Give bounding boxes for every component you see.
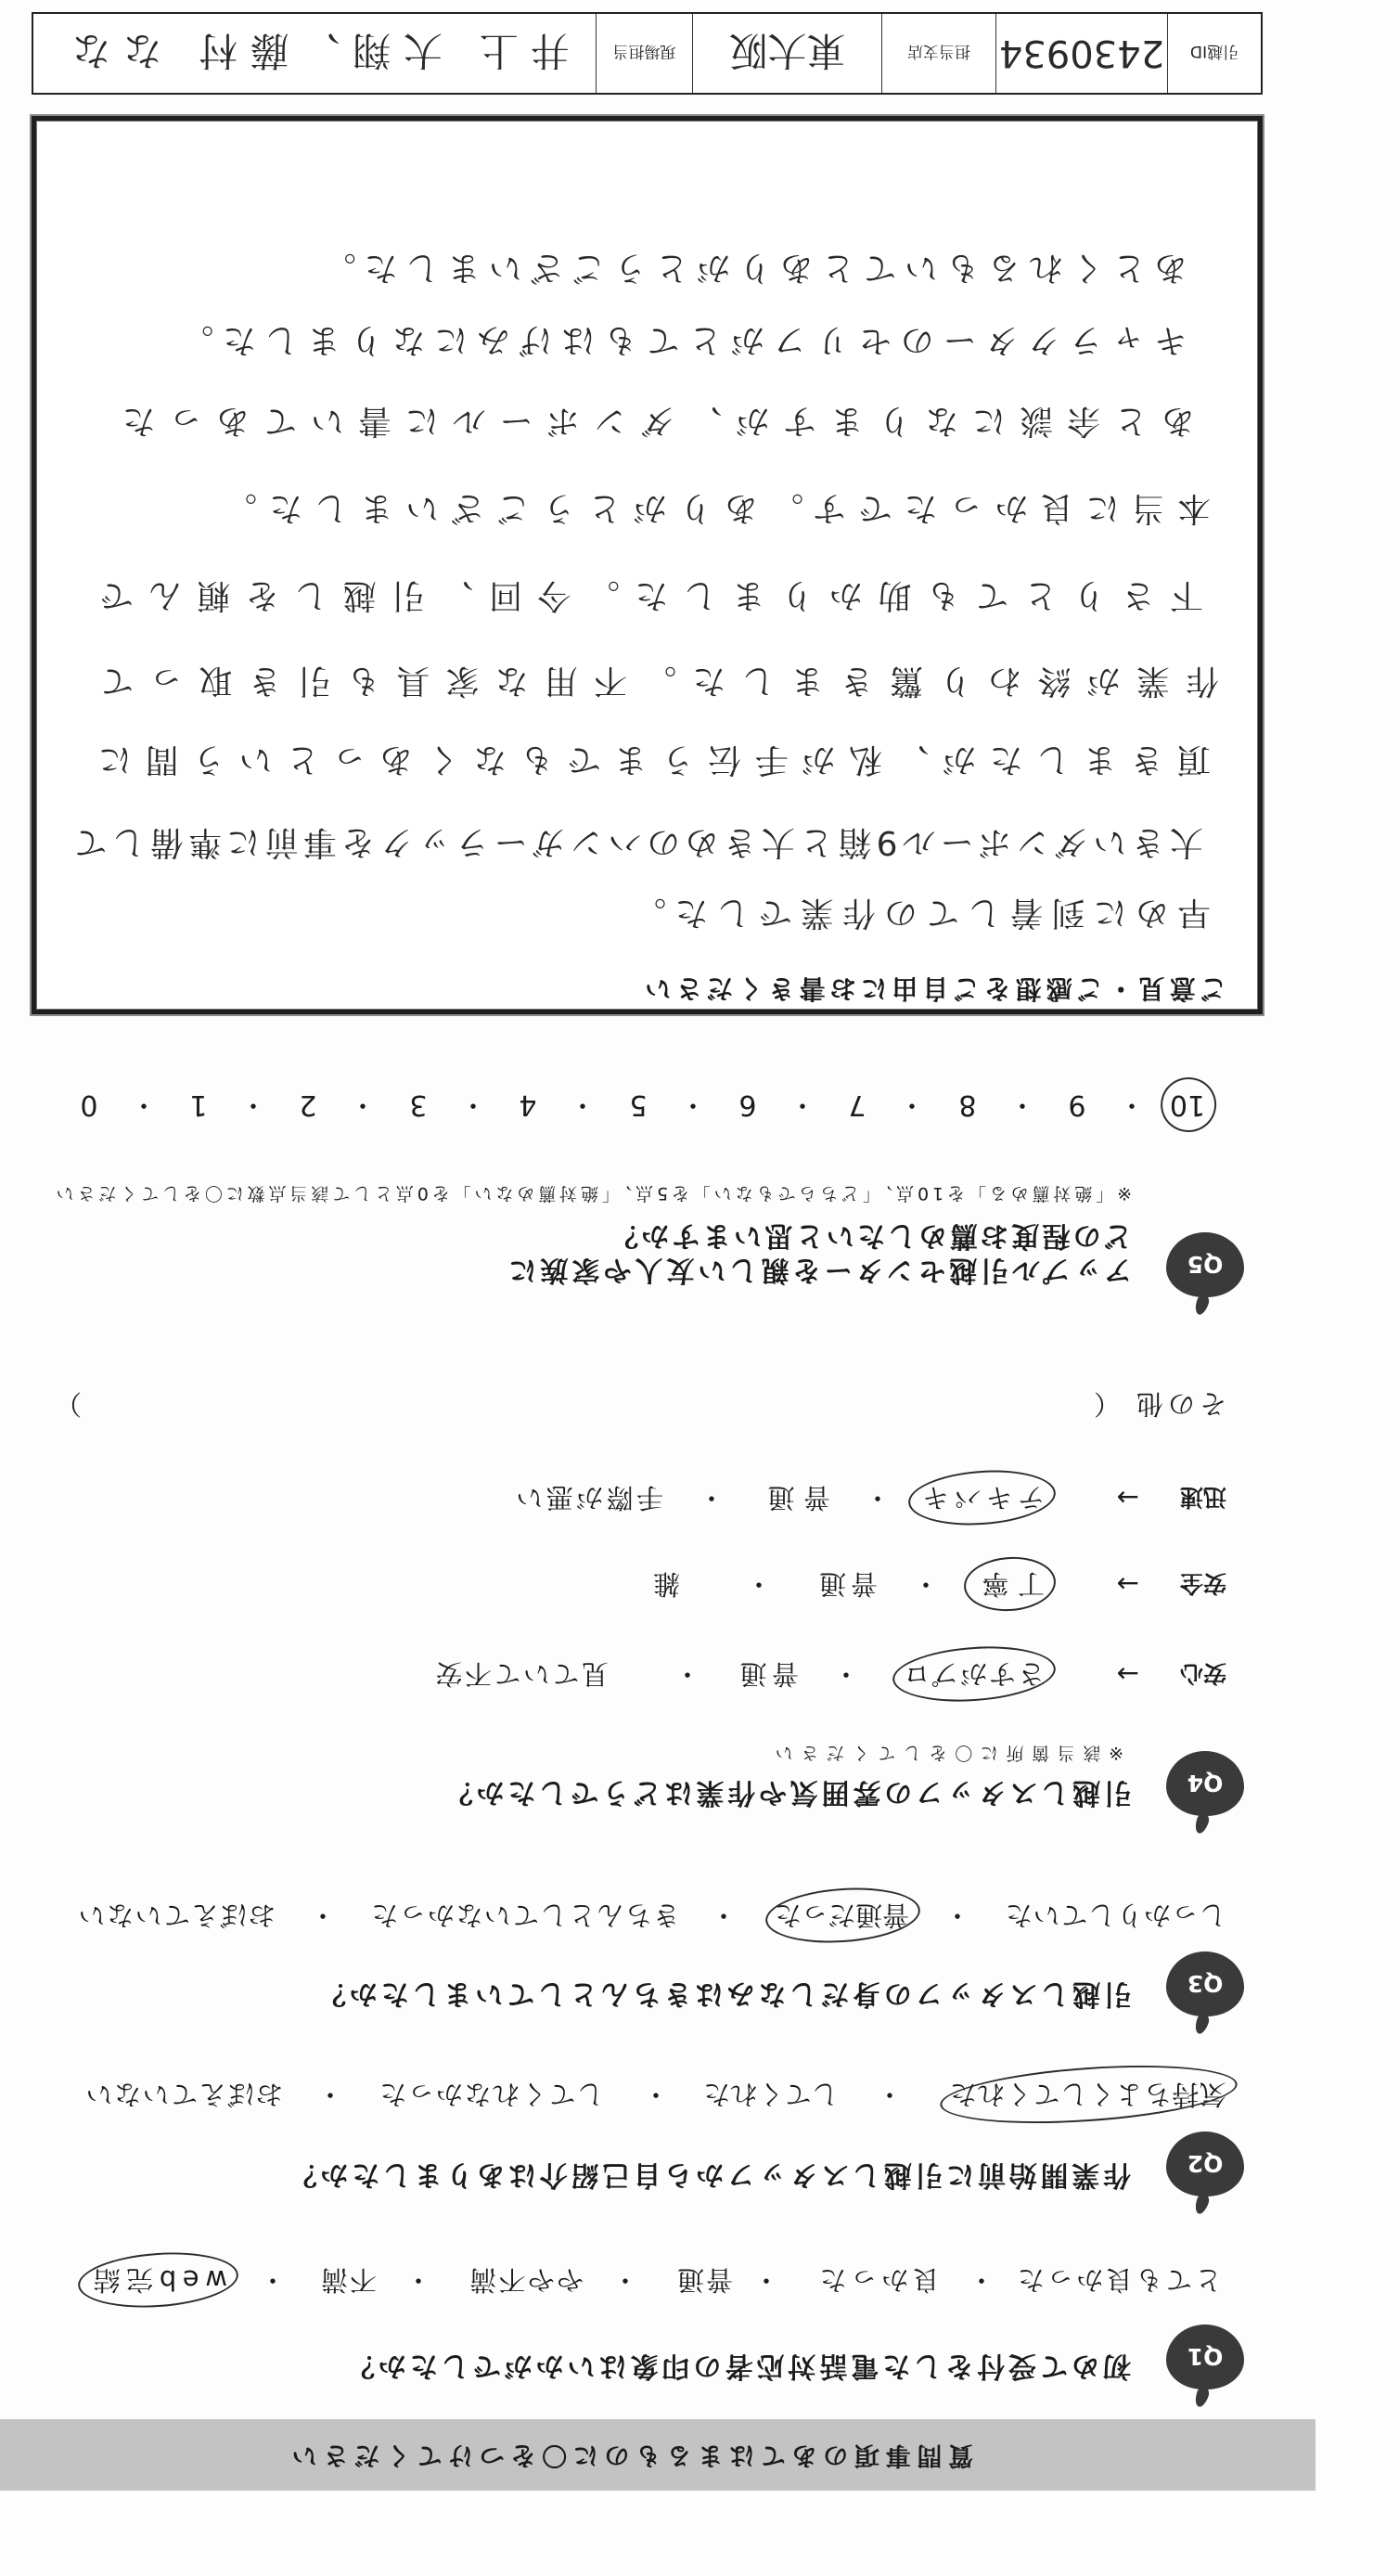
separator: ・ <box>674 1660 700 1687</box>
separator: ・ <box>752 2266 779 2293</box>
instruction-bar: 質問事項のあてはまるものに〇をつけてください <box>0 2419 1316 2491</box>
q4-option: 手際が悪い <box>513 1484 663 1511</box>
separator: ・ <box>1008 1091 1035 1118</box>
branch-value: 東大阪 <box>729 26 846 82</box>
handwritten-line: 大きいダンボール9箱と大きめのハンガーラックを事前に準備して <box>69 825 1203 858</box>
separator: ・ <box>611 2266 638 2293</box>
scale-value: 5 <box>629 1090 647 1118</box>
move-id-value: 2430934 <box>999 32 1164 75</box>
q4-option: 見ていて不安 <box>433 1660 609 1687</box>
comment-box: ご意見・ご感想をご自由にお書きください 早めに到着しての作業でした。 大きいダン… <box>32 116 1263 1014</box>
separator: ・ <box>898 1091 925 1118</box>
q3-option: きちんとしていなかった <box>370 1901 680 1928</box>
q4-option: 丁寧 <box>973 1570 1045 1597</box>
separator: ・ <box>789 1091 815 1118</box>
separator: ・ <box>864 1484 891 1511</box>
separator: ・ <box>569 1091 596 1118</box>
q4-option: 普通 <box>815 1570 878 1597</box>
q3-text: 引越しスタッフの身だしなみはきちんとしていましたか？ <box>314 1979 1132 2007</box>
scale-value: 8 <box>958 1090 976 1118</box>
q4-option: 雑 <box>653 1570 680 1597</box>
separator: ・ <box>698 1484 725 1511</box>
question-number: Q5 <box>1187 1252 1224 1279</box>
q1-option: web完結 <box>87 2266 227 2293</box>
separator: ・ <box>968 2266 995 2293</box>
q1-option: 不満 <box>319 2266 377 2293</box>
site-staff-value: 井上 大翔、藤村 なな <box>59 26 570 82</box>
site-staff-label-cell: 現場担当 <box>596 14 692 93</box>
separator: ・ <box>745 1570 772 1597</box>
scale-value: 2 <box>299 1090 316 1118</box>
separator: ・ <box>943 1901 970 1928</box>
q3-option: しっかりしていた <box>1005 1901 1226 1928</box>
separator: ・ <box>710 1901 737 1928</box>
separator: ・ <box>832 1660 859 1687</box>
handwritten-line: 下さりとても助かりました。今回、引越しを頼んで <box>84 578 1203 612</box>
separator: ・ <box>404 2266 431 2293</box>
q5-apple-icon: Q5 <box>1163 1231 1247 1315</box>
q3-option: 普通だった <box>775 1901 909 1928</box>
scale-value: 7 <box>848 1090 866 1118</box>
q4-option: 普通 <box>759 1484 830 1511</box>
arrow-right-icon: → <box>1117 1570 1139 1597</box>
question-number: Q1 <box>1187 2344 1224 2371</box>
separator: ・ <box>679 1091 706 1118</box>
comment-box-title: ご意見・ご感想をご自由にお書きください <box>640 975 1226 1001</box>
separator: ・ <box>1118 1091 1145 1118</box>
branch-label: 担当支店 <box>907 42 970 65</box>
move-id-label: 引越ID <box>1190 42 1239 65</box>
q1-apple-icon: Q1 <box>1163 2324 1247 2407</box>
separator: ・ <box>130 1091 157 1118</box>
q4-note: ※該当箇所に〇をしてください <box>767 1744 1123 1761</box>
arrow-right-icon: → <box>1117 1484 1139 1511</box>
close-paren: ） <box>55 1390 82 1417</box>
q4-option: テキパキ <box>918 1484 1045 1511</box>
separator: ・ <box>876 2080 903 2107</box>
move-info-table: 引越ID 2430934 担当支店 東大阪 現場担当 井上 大翔、藤村 なな <box>32 12 1263 95</box>
q4-row-label: 安心 <box>1180 1662 1226 1685</box>
q1-text: 初めて受付をした電話対応者の印象はいかがでしたか？ <box>343 2351 1131 2379</box>
q2-option: 気持ちよくしてくれた <box>949 2080 1226 2107</box>
survey-form-page: 質問事項のあてはまるものに〇をつけてください Q1 初めて受付をした電話対応者の… <box>0 0 1399 2576</box>
q4-row-label: 安全 <box>1180 1572 1226 1595</box>
q2-option: してくれなかった <box>379 2080 604 2107</box>
move-id-label-cell: 引越ID <box>1167 14 1261 93</box>
separator: ・ <box>259 2266 286 2293</box>
site-staff-label: 現場担当 <box>613 42 676 65</box>
separator: ・ <box>316 2080 343 2107</box>
q5-text-line1: アップル引越センターを親しい友人や家族に <box>506 1256 1133 1283</box>
scale-value: 9 <box>1068 1090 1085 1118</box>
separator: ・ <box>309 1901 336 1928</box>
move-id-cell: 2430934 <box>995 14 1167 93</box>
open-paren: （ <box>1094 1390 1121 1417</box>
handwritten-line: 作業が終わり驚きました。不用な家具も引き取って <box>84 663 1219 697</box>
separator: ・ <box>239 1091 266 1118</box>
q2-apple-icon: Q2 <box>1163 2131 1247 2214</box>
handwritten-line: あとくれるもいてとありがとうございました。 <box>314 251 1187 284</box>
handwritten-line: 本当に良かったです。ありがとうございました。 <box>212 491 1211 524</box>
handwritten-line: 頂きましたが、私が手伝うまでもなくあっという間に <box>84 742 1211 776</box>
question-number: Q3 <box>1187 1971 1224 1998</box>
scale-value: 10 <box>1170 1090 1205 1118</box>
separator: ・ <box>912 1570 939 1597</box>
q4-apple-icon: Q4 <box>1163 1750 1247 1834</box>
q1-option: とても良かった <box>1015 2266 1222 2293</box>
scale-value: 4 <box>519 1090 536 1118</box>
separator: ・ <box>642 2080 669 2107</box>
q4-option: 普通 <box>735 1660 799 1687</box>
branch-cell: 東大阪 <box>692 14 881 93</box>
branch-label-cell: 担当支店 <box>881 14 995 93</box>
scale-value: 3 <box>409 1090 427 1118</box>
q4-row-label: 迅速 <box>1180 1486 1226 1509</box>
question-number: Q2 <box>1187 2151 1224 2178</box>
handwritten-line: キャラクターのセリフがとてもはげみになりました。 <box>172 323 1187 356</box>
handwritten-line: あと余談になりますが、ダンボールに書いてあった <box>109 404 1195 437</box>
q3-apple-icon: Q3 <box>1163 1951 1247 2034</box>
separator: ・ <box>459 1091 486 1118</box>
q5-note: ※「絶対薦める」を10点、「どちらでもない」を5点、「絶対薦めない」を0点として… <box>53 1184 1132 1202</box>
q1-option: やや不満 <box>468 2266 584 2293</box>
instruction-text: 質問事項のあてはまるものに〇をつけてください <box>286 2442 973 2467</box>
site-staff-cell: 井上 大翔、藤村 なな <box>33 14 596 93</box>
question-number: Q4 <box>1187 1771 1224 1797</box>
q5-text-line2: どの程度お薦めしたいと思いますか？ <box>608 1221 1132 1249</box>
arrow-right-icon: → <box>1117 1660 1139 1687</box>
q2-option: おぼえていない <box>84 2080 283 2107</box>
scale-value: 1 <box>189 1090 207 1118</box>
q3-option: おぼえていない <box>77 1901 276 1928</box>
q4-text: 引越しスタッフの雰囲気や作業はどうでしたか？ <box>442 1778 1132 1806</box>
separator: ・ <box>349 1091 376 1118</box>
q2-option: してくれた <box>703 2080 839 2107</box>
q4-other-label: その他 <box>1132 1390 1226 1417</box>
handwritten-line: 早めに到着しての作業でした。 <box>624 895 1211 929</box>
scale-value: 0 <box>80 1090 97 1118</box>
scale-value: 6 <box>738 1090 756 1118</box>
q4-option: さすがプロ <box>902 1660 1045 1687</box>
q1-option: 良かった <box>815 2266 940 2293</box>
q2-text: 作業開始前に引越しスタッフから自己紹介はありましたか？ <box>286 2160 1131 2188</box>
q1-option: 普通 <box>675 2266 733 2293</box>
